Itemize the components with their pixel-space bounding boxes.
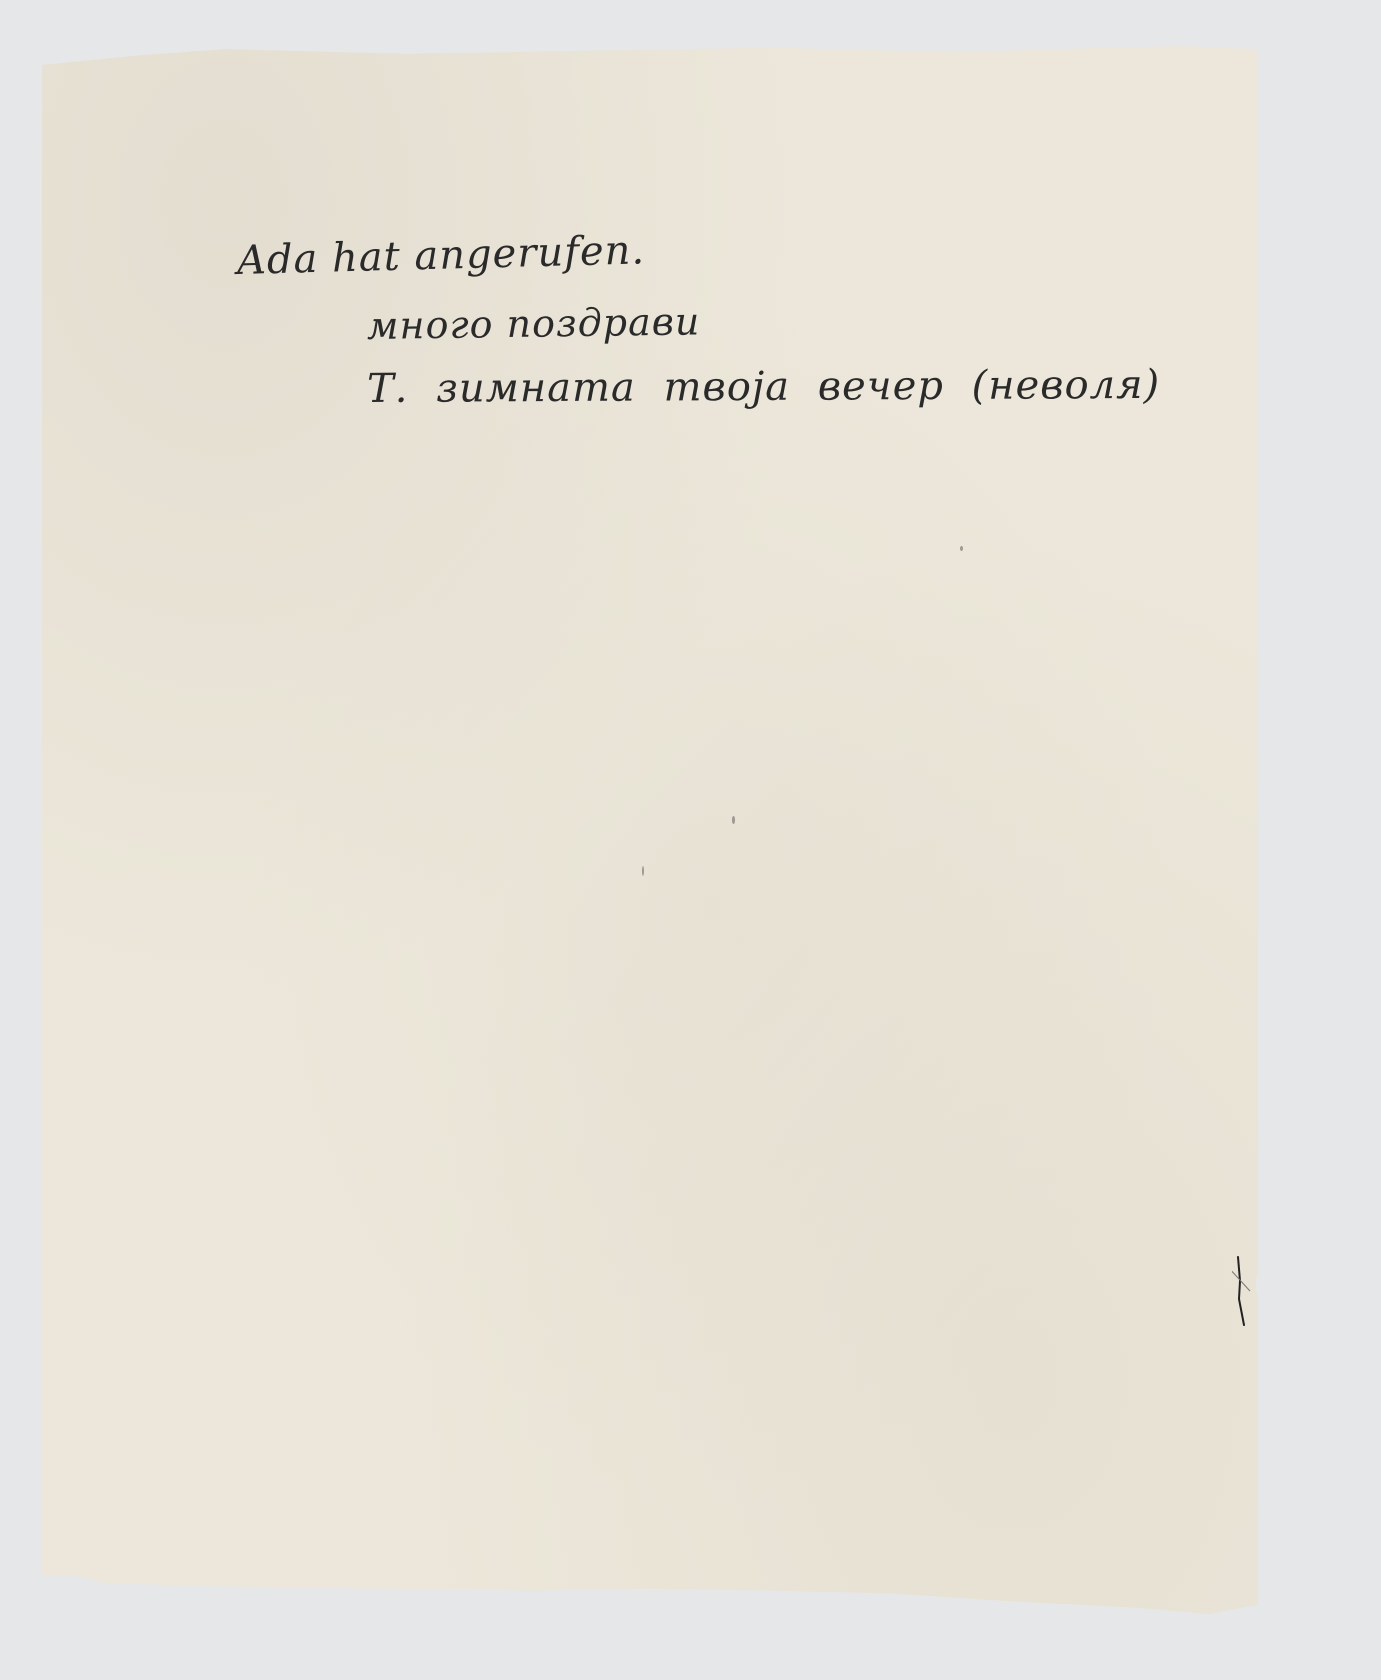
handwritten-line-1: Ada hat angerufen. xyxy=(236,227,645,284)
handwritten-line-3: Т. зимната твоја вечер (неволя) xyxy=(367,362,1160,412)
ink-speck xyxy=(732,816,735,824)
cross-mark-icon xyxy=(1232,1251,1252,1331)
ink-speck xyxy=(960,546,963,551)
handwritten-line-2: много поздрави xyxy=(367,299,701,348)
manuscript-paper: Ada hat angerufen. много поздрави Т. зим… xyxy=(42,46,1258,1614)
ink-speck xyxy=(642,866,644,876)
ink-speck xyxy=(987,40,991,44)
